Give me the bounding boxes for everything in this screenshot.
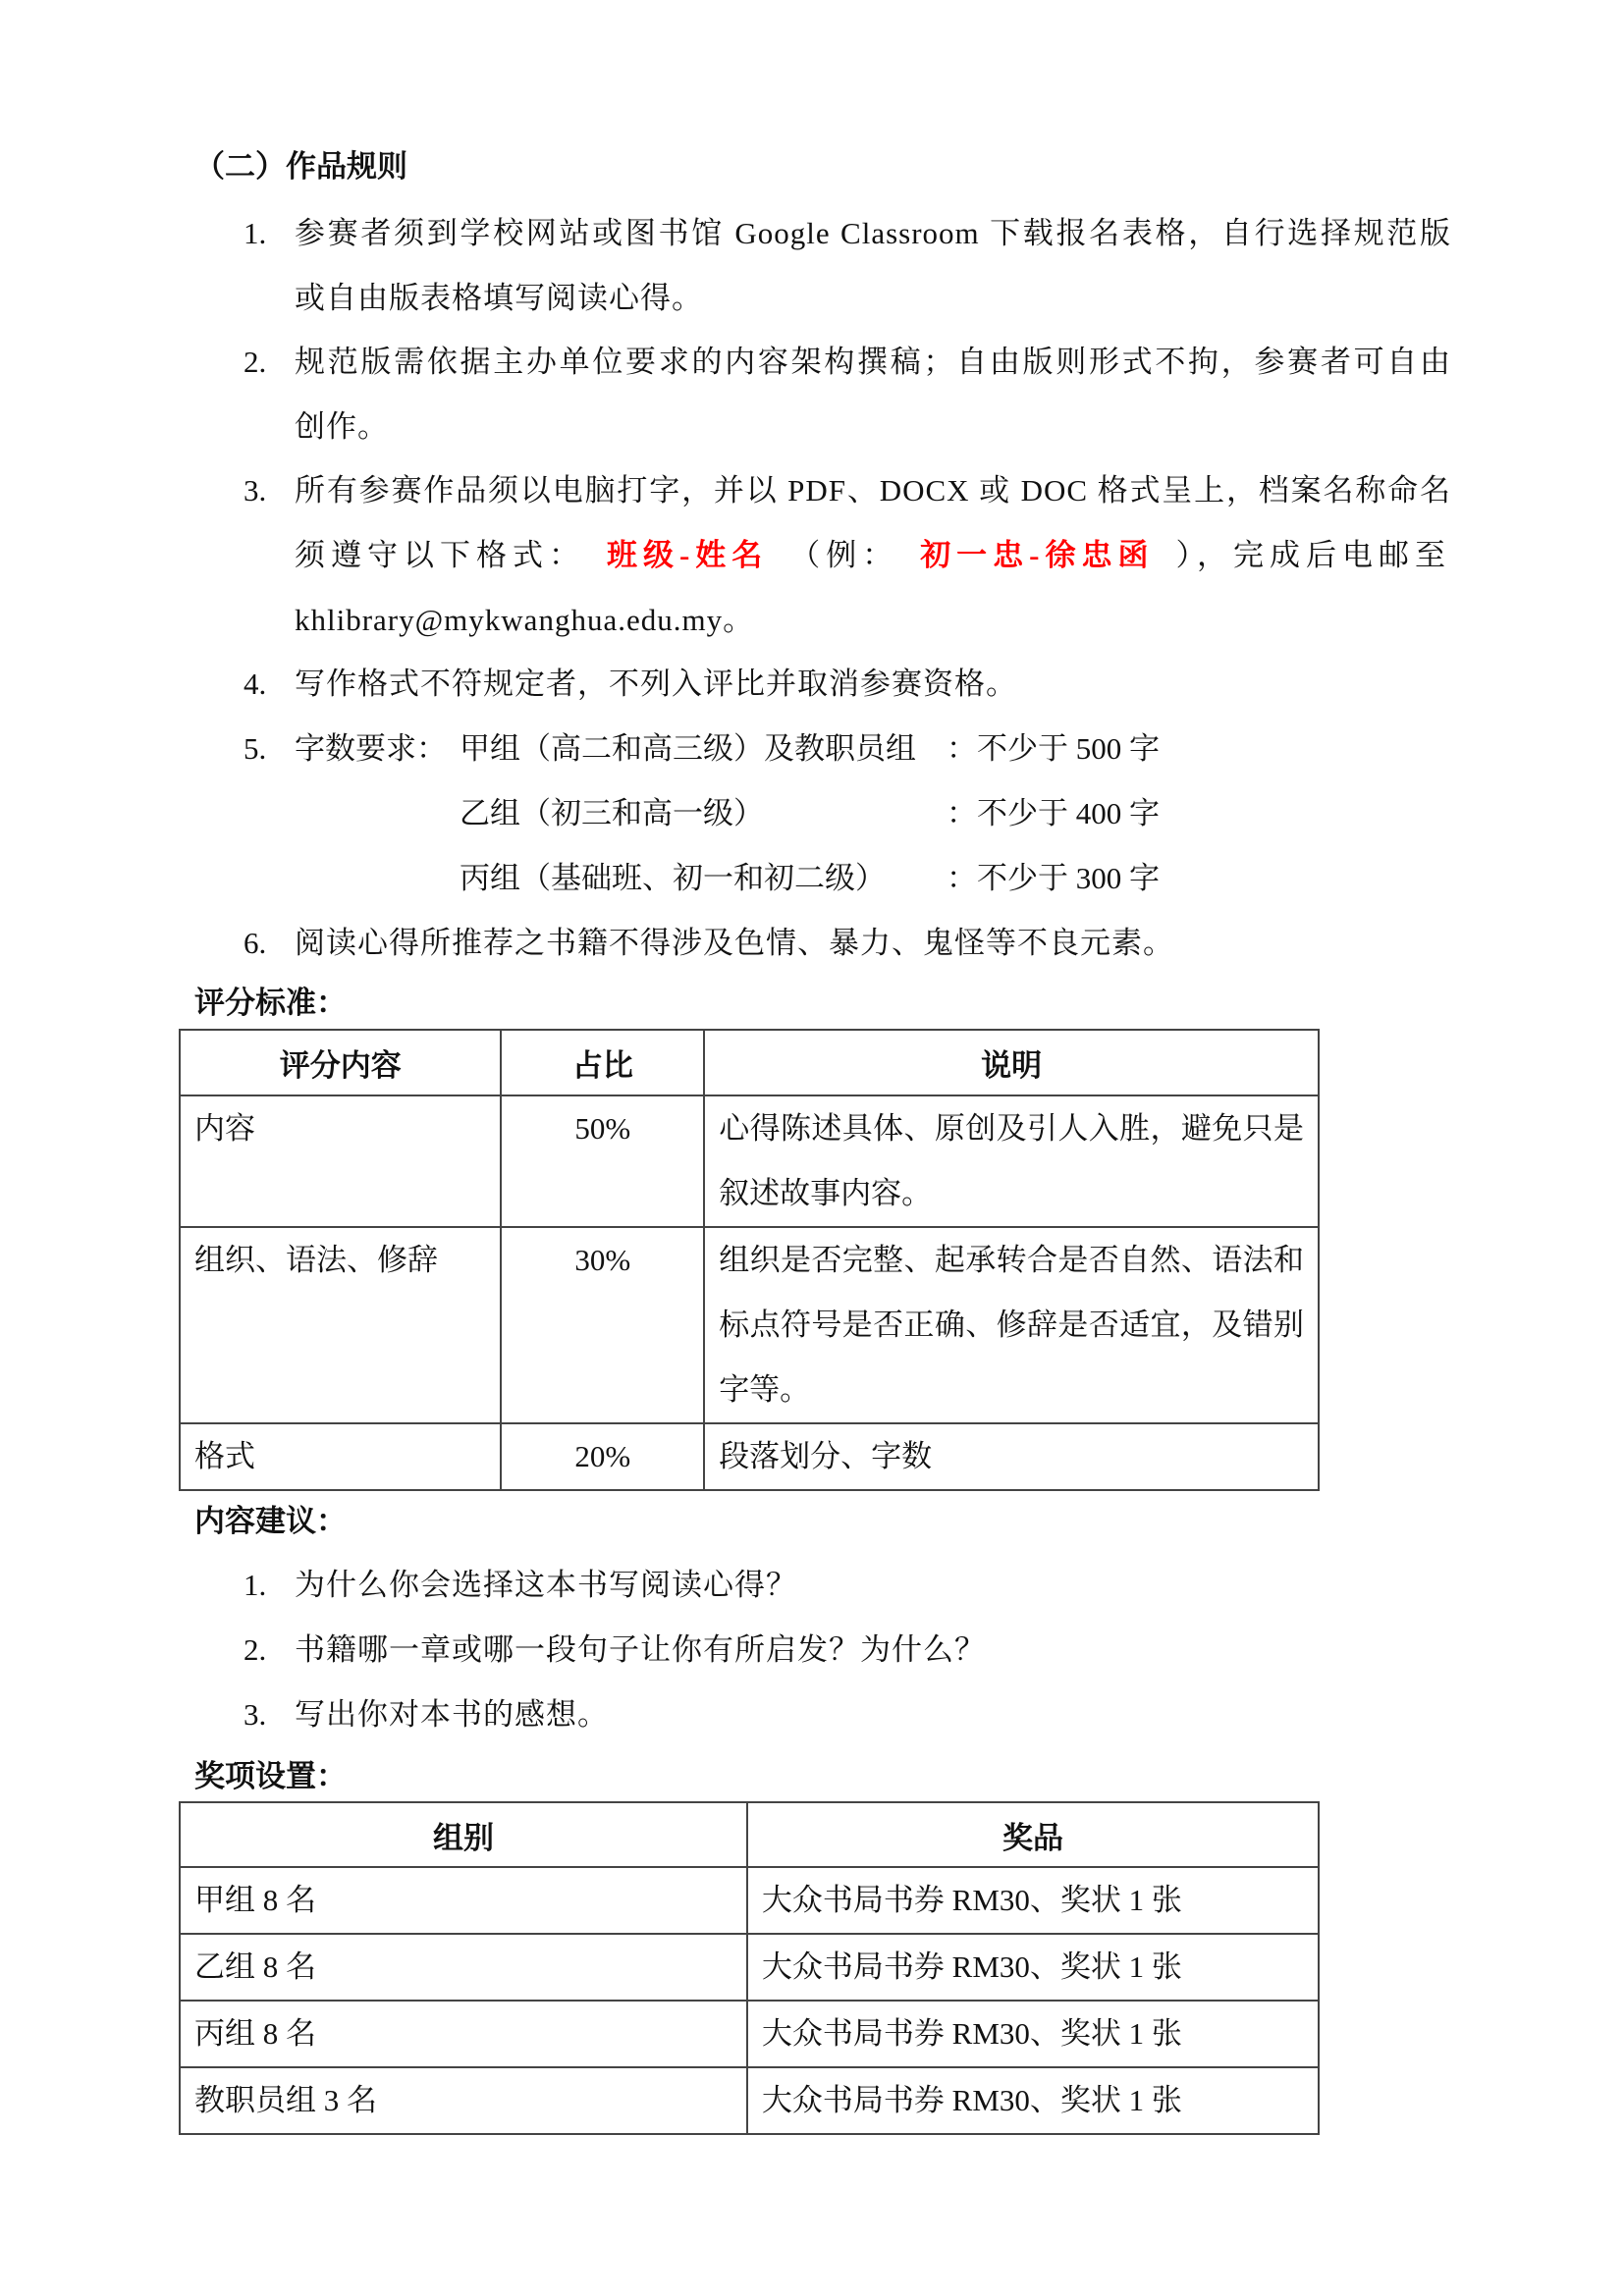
table-header-row: 组别 奖品 <box>180 1802 1319 1867</box>
suggestion-item-2: 2. 书籍哪一章或哪一段句子让你有所启发？为什么？ <box>244 1618 1461 1682</box>
format-pattern: 班级-姓名 <box>607 523 768 588</box>
header-criteria: 评分内容 <box>180 1030 501 1095</box>
rule-number: 5. <box>244 717 287 781</box>
scoring-table: 评分内容 占比 说明 内容 50% 心得陈述具体、原创及引人入胜，避免只是叙述故… <box>179 1029 1320 1491</box>
contact-email: khlibrary@mykwanghua.edu.my。 <box>295 588 1451 653</box>
format-suffix: ），完成后电邮至 <box>1175 523 1451 588</box>
rule-item-5: 5. 字数要求： 甲组（高二和高三级）及教职员组 ：不少于 500 字 乙组（初… <box>244 717 1461 911</box>
rule-number: 1. <box>244 201 287 266</box>
group-cell: 丙组 8 名 <box>180 2001 747 2067</box>
scoring-title: 评分标准： <box>194 984 347 1023</box>
suggestion-item-3: 3. 写出你对本书的感想。 <box>244 1682 1461 1747</box>
header-group: 组别 <box>180 1802 747 1867</box>
weight-cell: 30% <box>501 1227 704 1423</box>
word-count-group: 丙组（基础班、初一和初二级） <box>460 846 886 911</box>
rule-text-line: 阅读心得所推荐之书籍不得涉及色情、暴力、鬼怪等不良元素。 <box>295 911 1451 976</box>
rule-item-4: 4. 写作格式不符规定者，不列入评比并取消参赛资格。 <box>244 652 1461 717</box>
rule-text-line: 参赛者须到学校网站或图书馆 Google Classroom 下载报名表格，自行… <box>295 201 1451 266</box>
prize-cell: 大众书局书券 RM30、奖状 1 张 <box>747 2001 1319 2067</box>
rule-item-1: 1. 参赛者须到学校网站或图书馆 Google Classroom 下载报名表格… <box>244 201 1461 331</box>
format-prefix: 须遵守以下格式： <box>295 523 585 588</box>
prize-cell: 大众书局书券 RM30、奖状 1 张 <box>747 1934 1319 2001</box>
suggestion-number: 1. <box>244 1553 287 1618</box>
word-count-label: 字数要求： <box>295 717 447 781</box>
rule-item-2: 2. 规范版需依据主办单位要求的内容架构撰稿；自由版则形式不拘，参赛者可自由 创… <box>244 330 1461 459</box>
criteria-cell: 格式 <box>180 1423 501 1490</box>
description-cell: 组织是否完整、起承转合是否自然、语法和标点符号是否正确、修辞是否适宜，及错别字等… <box>704 1227 1319 1423</box>
group-cell: 教职员组 3 名 <box>180 2067 747 2134</box>
rule-text-line: 规范版需依据主办单位要求的内容架构撰稿；自由版则形式不拘，参赛者可自由 <box>295 330 1451 395</box>
suggestions-title: 内容建议： <box>194 1502 347 1541</box>
prize-cell: 大众书局书券 RM30、奖状 1 张 <box>747 2067 1319 2134</box>
table-row: 格式 20% 段落划分、字数 <box>180 1423 1319 1490</box>
word-count-group: 甲组（高二和高三级）及教职员组 <box>460 717 916 781</box>
rule-text-line: 或自由版表格填写阅读心得。 <box>295 266 1451 331</box>
table-row: 教职员组 3 名 大众书局书券 RM30、奖状 1 张 <box>180 2067 1319 2134</box>
table-header-row: 评分内容 占比 说明 <box>180 1030 1319 1095</box>
header-weight: 占比 <box>501 1030 704 1095</box>
awards-title: 奖项设置： <box>194 1757 347 1796</box>
section-title: （二）作品规则 <box>194 147 407 187</box>
format-example: 初一忠-徐忠函 <box>920 523 1154 588</box>
rule-text-line: 所有参赛作品须以电脑打字，并以 PDF、DOCX 或 DOC 格式呈上，档案名称… <box>295 458 1451 523</box>
header-prize: 奖品 <box>747 1802 1319 1867</box>
word-count-requirement: ：不少于 500 字 <box>947 717 1160 781</box>
group-cell: 甲组 8 名 <box>180 1867 747 1934</box>
weight-cell: 20% <box>501 1423 704 1490</box>
suggestion-item-1: 1. 为什么你会选择这本书写阅读心得？ <box>244 1553 1461 1618</box>
example-prefix: （例： <box>789 523 898 588</box>
suggestion-number: 2. <box>244 1618 287 1682</box>
word-count-requirement: ：不少于 300 字 <box>947 846 1160 911</box>
word-count-group: 乙组（初三和高一级） <box>460 781 764 846</box>
criteria-cell: 内容 <box>180 1095 501 1227</box>
suggestion-text: 为什么你会选择这本书写阅读心得？ <box>295 1553 1451 1618</box>
rule-number: 4. <box>244 652 287 717</box>
suggestion-text: 写出你对本书的感想。 <box>295 1682 1451 1747</box>
weight-cell: 50% <box>501 1095 704 1227</box>
rule-text-line: 创作。 <box>295 395 1451 459</box>
table-row: 内容 50% 心得陈述具体、原创及引人入胜，避免只是叙述故事内容。 <box>180 1095 1319 1227</box>
header-description: 说明 <box>704 1030 1319 1095</box>
table-row: 组织、语法、修辞 30% 组织是否完整、起承转合是否自然、语法和标点符号是否正确… <box>180 1227 1319 1423</box>
rule-text-line-format: 须遵守以下格式： 班级-姓名 （例： 初一忠-徐忠函 ），完成后电邮至 <box>295 523 1451 588</box>
rule-text-line: 写作格式不符规定者，不列入评比并取消参赛资格。 <box>295 652 1451 717</box>
rule-item-3: 3. 所有参赛作品须以电脑打字，并以 PDF、DOCX 或 DOC 格式呈上，档… <box>244 458 1461 653</box>
group-cell: 乙组 8 名 <box>180 1934 747 2001</box>
word-count-requirement: ：不少于 400 字 <box>947 781 1160 846</box>
table-row: 乙组 8 名 大众书局书券 RM30、奖状 1 张 <box>180 1934 1319 2001</box>
suggestion-text: 书籍哪一章或哪一段句子让你有所启发？为什么？ <box>295 1618 1451 1682</box>
prize-cell: 大众书局书券 RM30、奖状 1 张 <box>747 1867 1319 1934</box>
description-cell: 段落划分、字数 <box>704 1423 1319 1490</box>
rule-item-6: 6. 阅读心得所推荐之书籍不得涉及色情、暴力、鬼怪等不良元素。 <box>244 911 1461 976</box>
description-cell: 心得陈述具体、原创及引人入胜，避免只是叙述故事内容。 <box>704 1095 1319 1227</box>
awards-table: 组别 奖品 甲组 8 名 大众书局书券 RM30、奖状 1 张 乙组 8 名 大… <box>179 1801 1320 2135</box>
rule-number: 6. <box>244 911 287 976</box>
suggestion-number: 3. <box>244 1682 287 1747</box>
rule-number: 2. <box>244 330 287 395</box>
rule-number: 3. <box>244 458 287 523</box>
table-row: 甲组 8 名 大众书局书券 RM30、奖状 1 张 <box>180 1867 1319 1934</box>
criteria-cell: 组织、语法、修辞 <box>180 1227 501 1423</box>
table-row: 丙组 8 名 大众书局书券 RM30、奖状 1 张 <box>180 2001 1319 2067</box>
